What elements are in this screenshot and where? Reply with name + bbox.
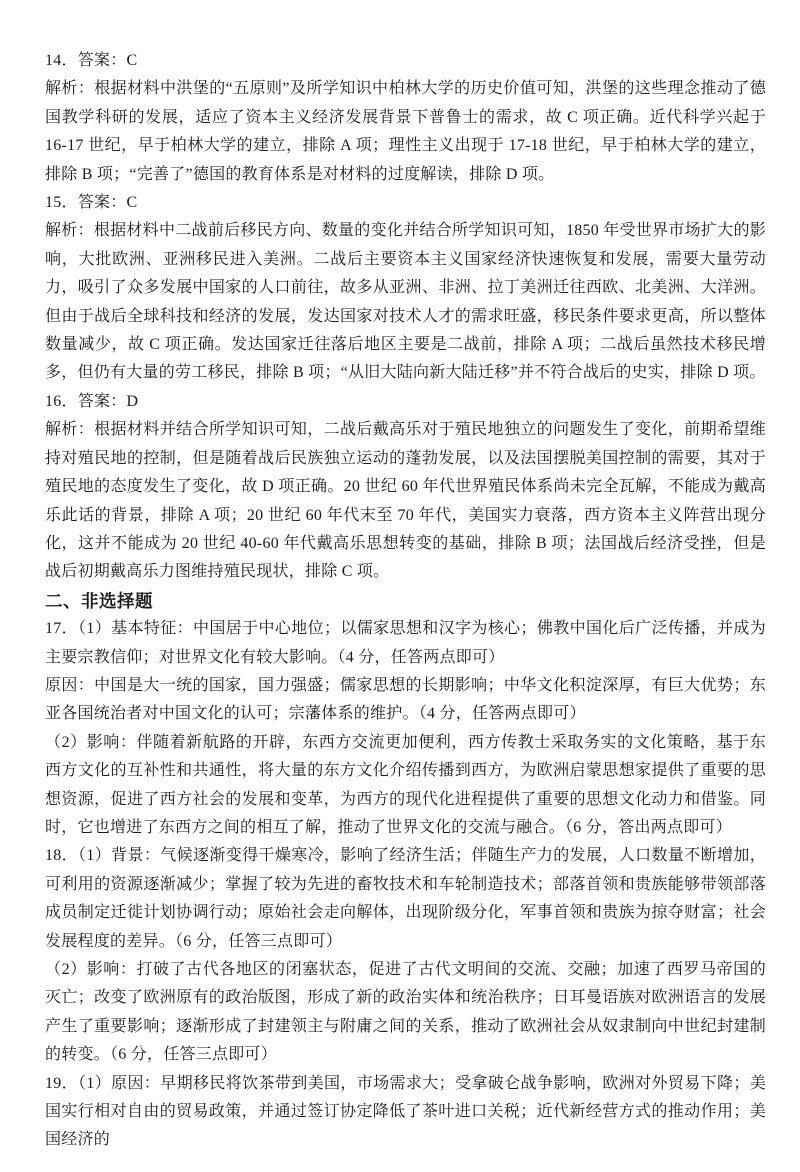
q18-part2-impact: （2）影响：打破了古代各地区的闭塞状态，促进了古代文明间的交流、交融；加速了西罗… — [45, 956, 766, 1070]
q18-part1-background: 18．（1）背景：气候逐渐变得干燥寒冷，影响了经济生活；伴随生产力的发展，人口数… — [45, 842, 766, 956]
q15-analysis: 解析：根据材料中二战前后移民方向、数量的变化并结合所学知识可知，1850 年受世… — [45, 217, 766, 387]
q14-analysis: 解析：根据材料中洪堡的“五原则”及所学知识中柏林大学的历史价值可知，洪堡的这些理… — [45, 75, 766, 189]
q14-answer-line: 14．答案：C — [45, 47, 766, 75]
q17-part1-features: 17．（1）基本特征：中国居于中心地位；以儒家思想和汉字为核心；佛教中国化后广泛… — [45, 615, 766, 672]
document-page: 14．答案：C 解析：根据材料中洪堡的“五原则”及所学知识中柏林大学的历史价值可… — [0, 0, 800, 1172]
q16-analysis: 解析：根据材料并结合所学知识可知，二战后戴高乐对于殖民地独立的问题发生了变化，前… — [45, 416, 766, 586]
section-heading-non-multiple-choice: 二、非选择题 — [45, 587, 766, 615]
q15-answer-line: 15．答案：C — [45, 189, 766, 217]
q19-part1-reasons: 19．（1）原因：早期移民将饮茶带到美国，市场需求大；受拿破仑战争影响，欧洲对外… — [45, 1070, 766, 1155]
q17-part2-impact: （2）影响：伴随着新航路的开辟，东西方交流更加便利，西方传教士采取务实的文化策略… — [45, 729, 766, 843]
q16-answer-line: 16．答案：D — [45, 388, 766, 416]
q17-part1-reasons: 原因：中国是大一统的国家，国力强盛；儒家思想的长期影响；中华文化积淀深厚，有巨大… — [45, 672, 766, 729]
